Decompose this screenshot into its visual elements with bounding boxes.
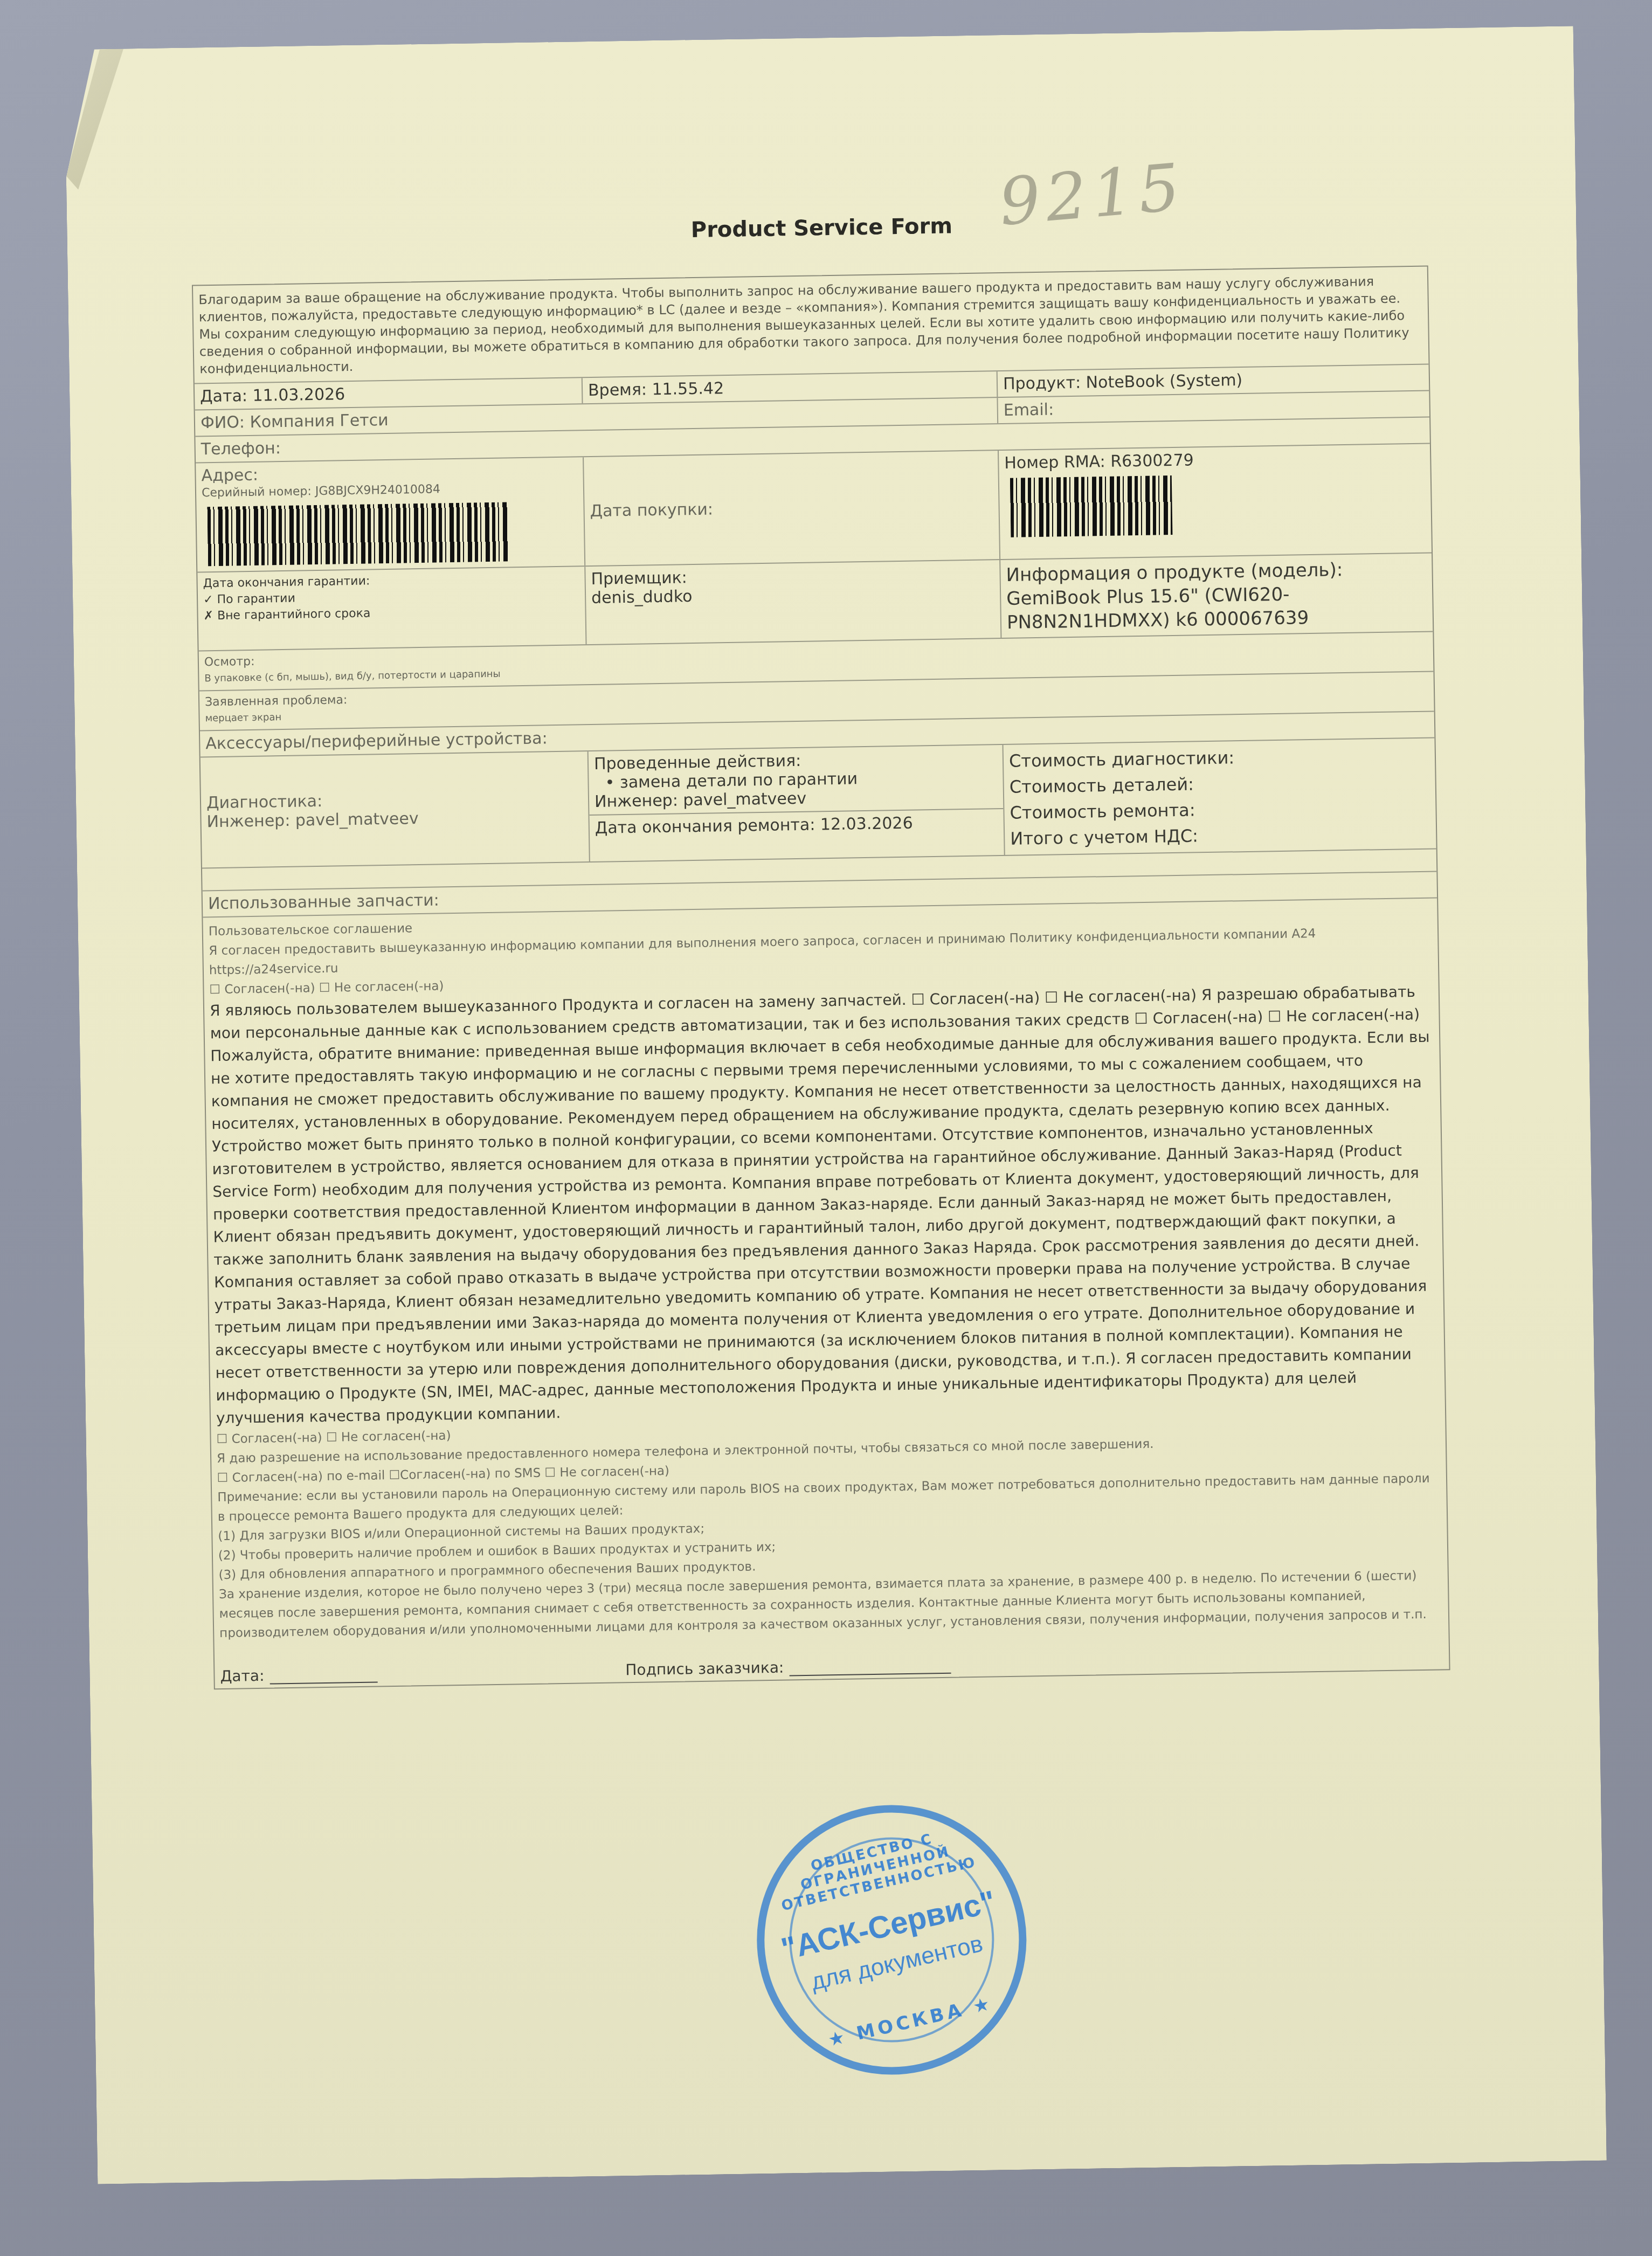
cross-icon: ✗ xyxy=(203,609,213,623)
date-signature-line[interactable] xyxy=(270,1681,378,1684)
accessories-field: Аксессуары/периферийные устройства: xyxy=(200,726,553,756)
actions-cell: Проведенные действия: • замена детали по… xyxy=(589,745,1005,861)
rma-cell: Номер RMA: R6300279 xyxy=(999,444,1432,560)
action-item-text: замена детали по гарантии xyxy=(620,769,858,792)
customer-signature-line[interactable] xyxy=(790,1673,951,1677)
intro-row: Благодарим за ваше обращение на обслужив… xyxy=(193,267,1429,384)
purchase-date-cell: Дата покупки: xyxy=(584,451,1000,565)
warranty-in-label: По гарантии xyxy=(217,592,295,606)
serial-rma-row: Адрес: Серийный номер: JG8BJCX9H24010084… xyxy=(196,444,1432,573)
problem-label: Заявленная проблема: xyxy=(205,692,348,710)
receiver-cell: Приемщик: denis_dudko xyxy=(585,560,1001,644)
used-parts-field: Использованные запчасти: xyxy=(203,887,445,916)
diagnostics-cell: Диагностика: Инженер: pavel_matveev xyxy=(201,751,590,867)
blank-cell xyxy=(202,868,213,890)
product-info-cell: Информация о продукте (модель): GemiBook… xyxy=(1000,554,1433,638)
legal-section: Пользовательское соглашение Я согласен п… xyxy=(203,898,1448,1647)
company-stamp: ОБЩЕСТВО С ОГРАНИЧЕННОЙ ОТВЕТСТВЕННОСТЬЮ… xyxy=(730,1778,1053,2101)
customer-signature-label: Подпись заказчика: xyxy=(625,1659,784,1679)
service-form-table: Благодарим за ваше обращение на обслужив… xyxy=(192,266,1450,1690)
phone-field: Телефон: xyxy=(195,436,286,463)
warranty-cell: Дата окончания гарантии: ✓ По гарантии ✗… xyxy=(197,567,586,650)
service-form-paper: 9215 Product Service Form Благодарим за … xyxy=(64,26,1607,2184)
warranty-out-label: Вне гарантийного срока xyxy=(217,606,371,622)
folded-corner xyxy=(64,49,126,190)
rma-number: Номер RMA: R6300279 xyxy=(1004,447,1425,473)
serial-barcode xyxy=(207,502,510,566)
address-serial-cell: Адрес: Серийный номер: JG8BJCX9H24010084 xyxy=(196,457,585,571)
checkmark-icon: ✓ xyxy=(203,593,213,606)
costs-cell: Стоимость диагностики: Стоимость деталей… xyxy=(1004,738,1436,855)
page-title: Product Service Form xyxy=(67,204,1576,252)
purchase-date-field: Дата покупки: xyxy=(590,500,713,521)
inspection-cell: Осмотр: В упаковке (с бп, мышь), вид б/у… xyxy=(199,647,506,691)
main-terms: Я являюсь пользователем вышеуказанного П… xyxy=(210,981,1440,1430)
date-signature-label: Дата: xyxy=(220,1667,264,1685)
date-field: Дата: 11.03.2026 xyxy=(195,378,583,409)
intro-text: Благодарим за ваше обращение на обслужив… xyxy=(193,267,1429,383)
problem-value: мерцает экран xyxy=(205,708,348,727)
diagnostics-actions-costs-row: Диагностика: Инженер: pavel_matveev Пров… xyxy=(201,738,1436,868)
product-info-value: GemiBook Plus 15.6" (CWI620-PN8N2N1HDMXX… xyxy=(1006,581,1427,634)
problem-cell: Заявленная проблема: мерцает экран xyxy=(199,689,353,730)
actions-block: Проведенные действия: • замена детали по… xyxy=(589,745,1004,816)
rma-barcode xyxy=(1010,475,1173,537)
